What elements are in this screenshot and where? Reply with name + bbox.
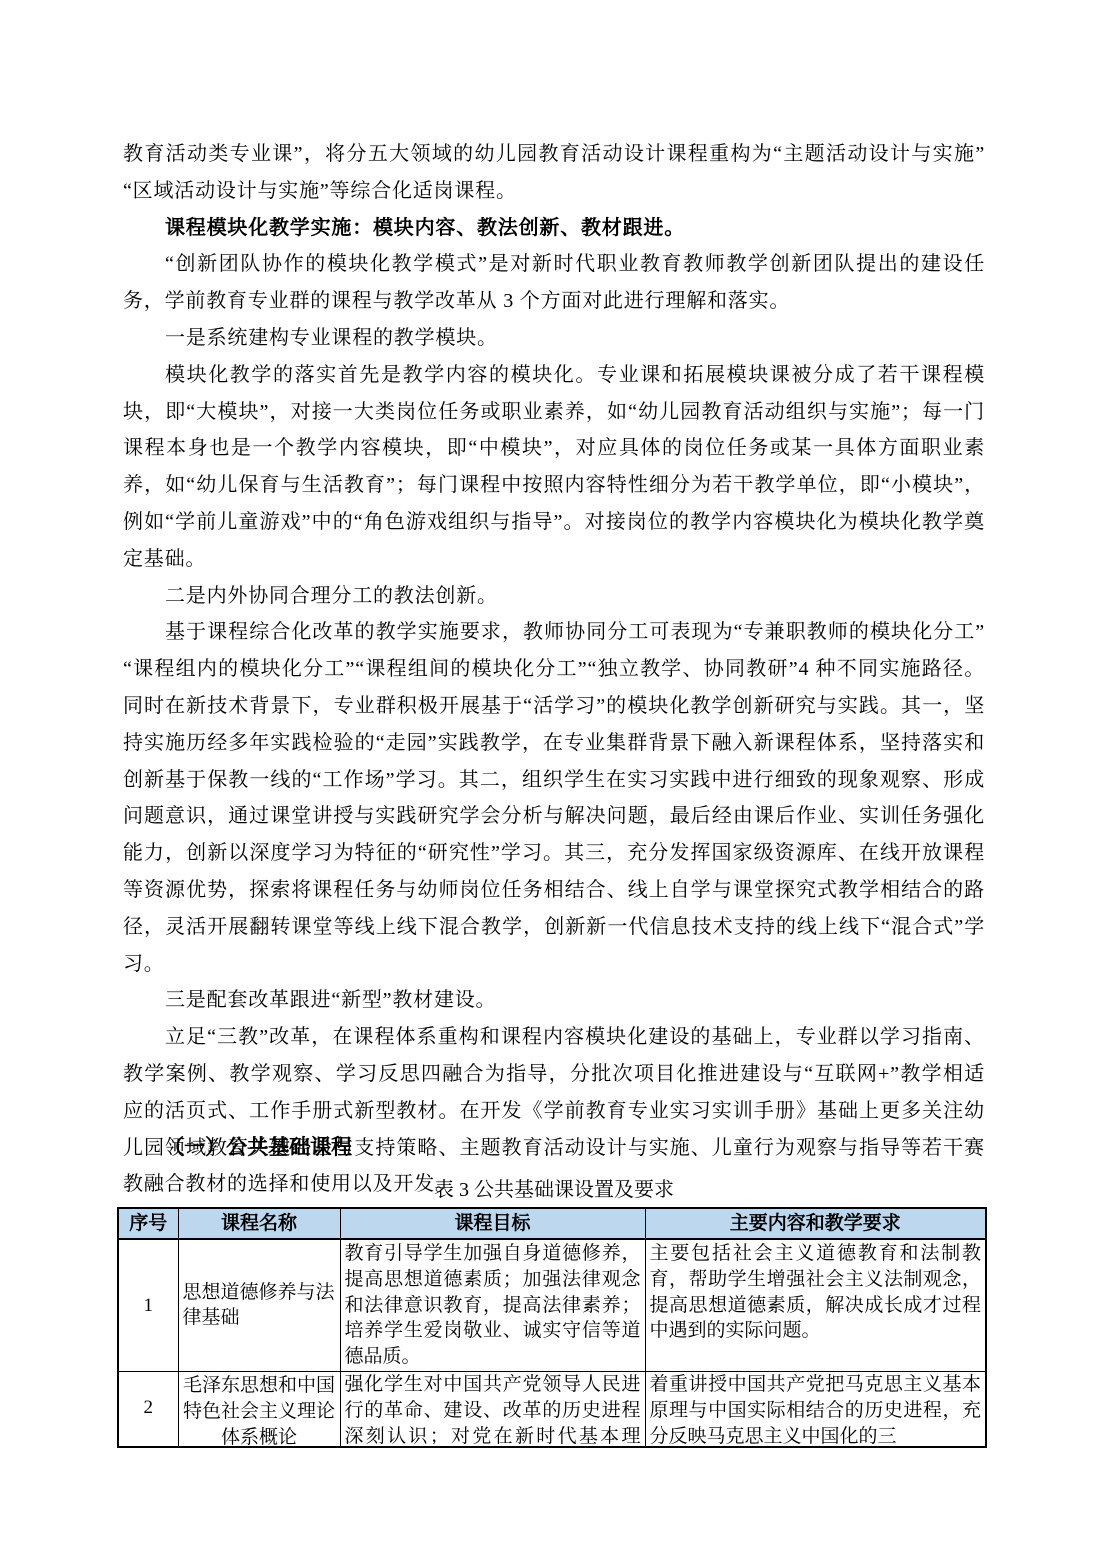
paragraph-6: 二是内外协同合理分工的教法创新。 bbox=[123, 578, 985, 615]
row2-course-goal: 强化学生对中国共产党领导人民进行的革命、建设、改革的历史进程深刻认识；对党在新时… bbox=[345, 1372, 641, 1444]
document-body: 教育活动类专业课”，将分五大领域的幼儿园教育活动设计课程重构为“主题活动设计与实… bbox=[123, 136, 985, 1203]
courses-table: 序号 课程名称 课程目标 主要内容和教学要求 1 思想道德修养与法律基础 教育引… bbox=[117, 1207, 987, 1448]
row2-no-cell: 2 bbox=[118, 1371, 178, 1447]
row2-requirements-cell: 着重讲授中国共产党把马克思主义基本原理与中国实际相结合的历史进程，充分反映马克思… bbox=[645, 1371, 986, 1447]
row1-requirements: 主要包括社会主义道德教育和法制教育，帮助学生增强社会主义法制观念，提高思想道德素… bbox=[645, 1239, 986, 1371]
row2-requirements: 着重讲授中国共产党把马克思主义基本原理与中国实际相结合的历史进程，充分反映马克思… bbox=[650, 1372, 982, 1444]
paragraph-1: 教育活动类专业课”，将分五大领域的幼儿园教育活动设计课程重构为“主题活动设计与实… bbox=[123, 136, 985, 210]
row1-course-goal: 教育引导学生加强自身道德修养，提高思想道德素质；加强法律观念和法律意识教育，提高… bbox=[340, 1239, 645, 1371]
row1-no: 1 bbox=[118, 1239, 178, 1371]
section-heading: （一）公共基础课程 bbox=[123, 1129, 985, 1166]
paragraph-5: 模块化教学的落实首先是教学内容的模块化。专业课和拓展模块课被分成了若干课程模块，… bbox=[123, 357, 985, 578]
header-cell-course-goal: 课程目标 bbox=[340, 1208, 645, 1239]
table-row-2: 2 毛泽东思想和中国特色社会主义理论体系概论 强化学生对中国共产党领导人民进行的… bbox=[118, 1371, 986, 1447]
row1-course-name: 思想道德修养与法律基础 bbox=[178, 1239, 340, 1371]
paragraph-7: 基于课程综合化改革的教学实施要求，教师协同分工可表现为“专兼职教师的模块化分工”… bbox=[123, 614, 985, 982]
header-cell-requirements: 主要内容和教学要求 bbox=[645, 1208, 986, 1239]
paragraph-3: “创新团队协作的模块化教学模式”是对新时代职业教育教师教学创新团队提出的建设任务… bbox=[123, 246, 985, 320]
row2-no: 2 bbox=[119, 1372, 178, 1444]
table-caption: 表 3 公共基础课设置及要求 bbox=[123, 1172, 985, 1208]
paragraph-8: 三是配套改革跟进“新型”教材建设。 bbox=[123, 982, 985, 1019]
table-row-1: 1 思想道德修养与法律基础 教育引导学生加强自身道德修养，提高思想道德素质；加强… bbox=[118, 1239, 986, 1371]
paragraph-4: 一是系统建构专业课程的教学模块。 bbox=[123, 320, 985, 357]
header-cell-course-name: 课程名称 bbox=[178, 1208, 340, 1239]
table-header-row: 序号 课程名称 课程目标 主要内容和教学要求 bbox=[118, 1208, 986, 1239]
row2-course-name-cell: 毛泽东思想和中国特色社会主义理论体系概论 bbox=[178, 1371, 340, 1447]
row2-course-goal-cell: 强化学生对中国共产党领导人民进行的革命、建设、改革的历史进程深刻认识；对党在新时… bbox=[340, 1371, 645, 1447]
header-cell-no: 序号 bbox=[118, 1208, 178, 1239]
row2-course-name: 毛泽东思想和中国特色社会主义理论体系概论 bbox=[183, 1373, 336, 1445]
paragraph-2-heading: 课程模块化教学实施：模块内容、教法创新、教材跟进。 bbox=[123, 210, 985, 247]
